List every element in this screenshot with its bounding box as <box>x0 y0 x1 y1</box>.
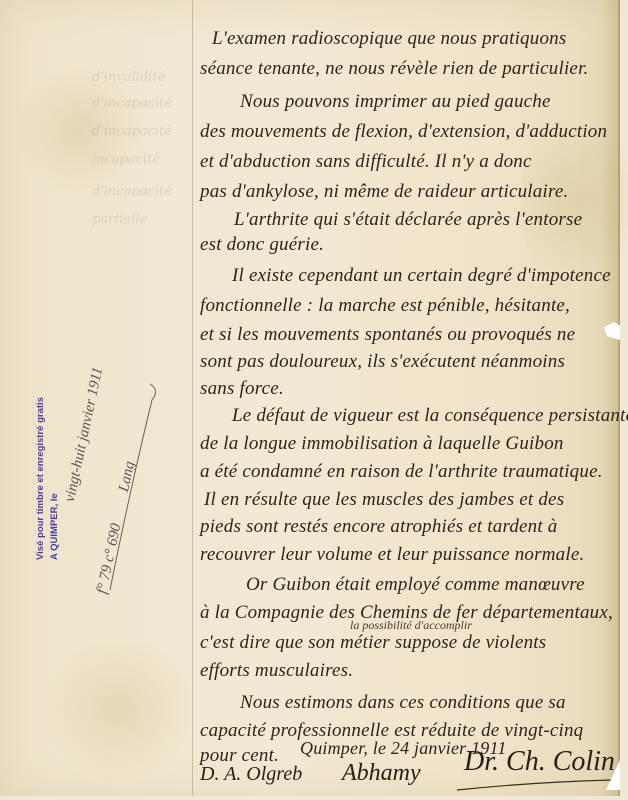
clerk-flourish <box>90 380 170 600</box>
signature: D. A. Olgreb <box>200 763 302 786</box>
signature-underline <box>455 778 615 794</box>
body-line: Nous pouvons imprimer au pied gauche <box>240 91 551 113</box>
body-line: Or Guibon était employé comme manœuvre <box>246 574 585 596</box>
body-line: fonctionnelle : la marche est pénible, h… <box>200 295 570 317</box>
body-line: a été condamné en raison de l'arthrite t… <box>200 461 603 483</box>
body-line: efforts musculaires. <box>200 660 353 682</box>
stamp-line: A QUIMPER, le <box>48 397 62 560</box>
body-line: Il existe cependant un certain degré d'i… <box>232 265 611 287</box>
body-line: Il en résulte que les muscles des jambes… <box>204 489 564 511</box>
body-line: Nous estimons dans ces conditions que sa <box>240 692 566 714</box>
bleed-through-text: d'incapacité <box>92 184 172 199</box>
body-line: et si les mouvements spontanés ou provoq… <box>200 324 575 346</box>
bleed-through-text: d'incapacité <box>92 96 172 111</box>
body-line: L'examen radioscopique que nous pratiquo… <box>212 28 566 50</box>
margin-fold-line <box>192 0 193 796</box>
body-line: est donc guérie. <box>200 234 324 256</box>
body-line: pieds sont restés encore atrophiés et ta… <box>200 516 558 538</box>
registration-stamp: Visé pour timbre et enregistré gratis A … <box>34 397 62 560</box>
body-line: sans force. <box>200 378 284 400</box>
signature: Abhamy <box>342 760 421 787</box>
body-line: de la longue immobilisation à laquelle G… <box>200 433 564 455</box>
body-line: recouvrer leur volume et leur puissance … <box>200 544 584 566</box>
stamp-line: Visé pour timbre et enregistré gratis <box>34 397 48 560</box>
paper-stain <box>40 640 200 780</box>
document-page: d'invalidité d'incapacité d'incapacité i… <box>0 0 620 796</box>
body-line: et d'abduction sans difficulté. Il n'y a… <box>200 151 532 173</box>
signature: Dr. Ch. Colin <box>464 746 615 778</box>
body-line: Le défaut de vigueur est la conséquence … <box>232 405 628 427</box>
body-line: L'arthrite qui s'était déclarée après l'… <box>234 209 582 231</box>
body-line: sont pas douloureux, ils s'exécutent néa… <box>200 351 565 373</box>
bleed-through-text: d'incapacité <box>92 124 172 139</box>
body-line: séance tenante, ne nous révèle rien de p… <box>200 58 589 80</box>
bleed-through-text: incapacité <box>92 152 160 167</box>
body-line: c'est dire que son métier suppose de vio… <box>200 632 546 654</box>
bleed-through-text: partielle <box>92 212 147 227</box>
body-line: pas d'ankylose, ni même de raideur artic… <box>200 181 568 203</box>
bleed-through-text: d'invalidité <box>92 70 165 85</box>
paper-tear <box>604 322 620 340</box>
body-line: des mouvements de flexion, d'extension, … <box>200 121 607 143</box>
interlinear-insert: la possibilité d'accomplir <box>350 618 472 633</box>
